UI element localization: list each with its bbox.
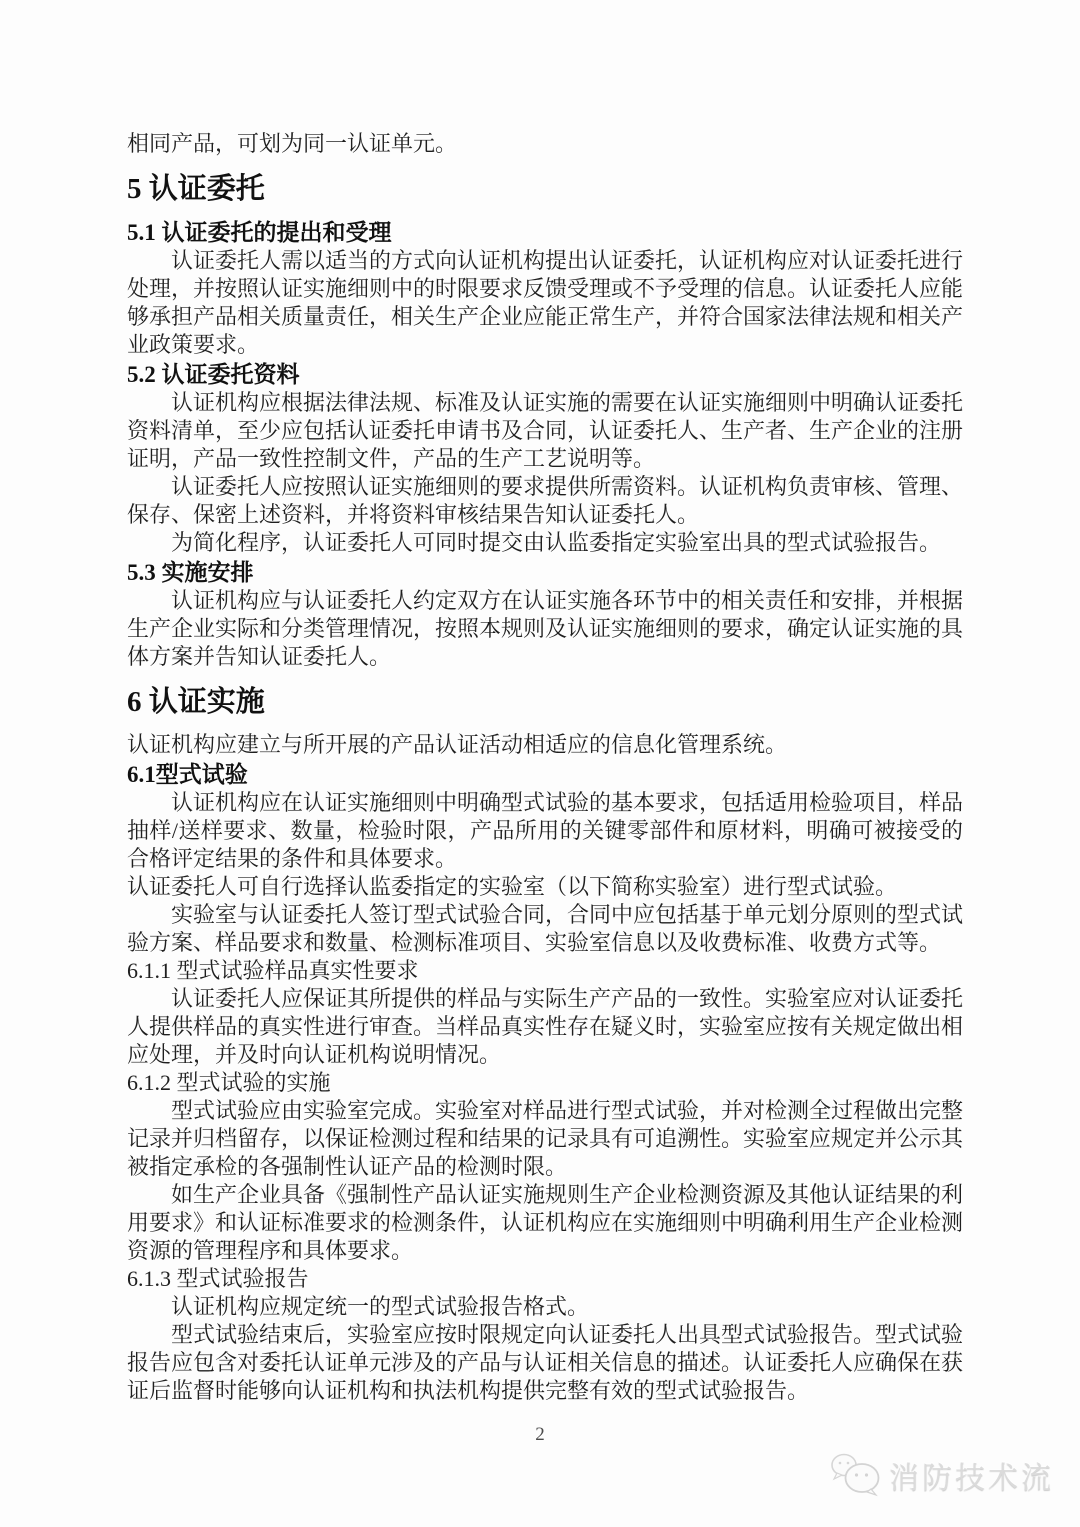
paragraph: 认证机构应建立与所开展的产品认证活动相适应的信息化管理系统。: [127, 731, 963, 759]
paragraph: 认证机构应与认证委托人约定双方在认证实施各环节中的相关责任和安排，并根据生产企业…: [127, 587, 963, 671]
section-heading: 6.1.2 型式试验的实施: [127, 1069, 963, 1097]
section-heading: 5.2 认证委托资料: [127, 360, 963, 389]
paragraph: 认证委托人应保证其所提供的样品与实际生产产品的一致性。实验室应对认证委托人提供样…: [127, 985, 963, 1069]
watermark-text: 消防技术流: [889, 1453, 1054, 1497]
paragraph: 认证机构应在认证实施细则中明确型式试验的基本要求，包括适用检验项目，样品抽样/送…: [127, 789, 963, 873]
paragraph: 认证委托人应按照认证实施细则的要求提供所需资料。认证机构负责审核、管理、保存、保…: [127, 473, 963, 529]
paragraph: 为简化程序，认证委托人可同时提交由认监委指定实验室出具的型式试验报告。: [127, 529, 963, 557]
section-heading: 6 认证实施: [127, 683, 963, 721]
page-number: 2: [0, 1424, 1080, 1446]
wechat-icon: [831, 1452, 881, 1498]
document-page: 相同产品，可划为同一认证单元。5 认证委托5.1 认证委托的提出和受理认证委托人…: [0, 0, 1080, 1527]
paragraph: 认证机构应根据法律法规、标准及认证实施的需要在认证实施细则中明确认证委托资料清单…: [127, 389, 963, 473]
section-heading: 5 认证委托: [127, 170, 963, 208]
paragraph: 型式试验结束后，实验室应按时限规定向认证委托人出具型式试验报告。型式试验报告应包…: [127, 1321, 963, 1405]
section-heading: 6.1.1 型式试验样品真实性要求: [127, 957, 963, 985]
section-heading: 6.1型式试验: [127, 760, 963, 789]
paragraph: 认证委托人可自行选择认监委指定的实验室（以下简称实验室）进行型式试验。: [127, 873, 963, 901]
paragraph: 如生产企业具备《强制性产品认证实施规则生产企业检测资源及其他认证结果的利用要求》…: [127, 1181, 963, 1265]
paragraph: 实验室与认证委托人签订型式试验合同，合同中应包括基于单元划分原则的型式试验方案、…: [127, 901, 963, 957]
paragraph: 认证机构应规定统一的型式试验报告格式。: [127, 1293, 963, 1321]
section-heading: 6.1.3 型式试验报告: [127, 1265, 963, 1293]
section-heading: 5.3 实施安排: [127, 558, 963, 587]
watermark: 消防技术流: [831, 1452, 1054, 1498]
paragraph: 认证委托人需以适当的方式向认证机构提出认证委托，认证机构应对认证委托进行处理，并…: [127, 247, 963, 359]
document-content: 相同产品，可划为同一认证单元。5 认证委托5.1 认证委托的提出和受理认证委托人…: [127, 130, 963, 1405]
paragraph: 型式试验应由实验室完成。实验室对样品进行型式试验，并对检测全过程做出完整记录并归…: [127, 1097, 963, 1181]
section-heading: 5.1 认证委托的提出和受理: [127, 218, 963, 247]
paragraph: 相同产品，可划为同一认证单元。: [127, 130, 963, 158]
